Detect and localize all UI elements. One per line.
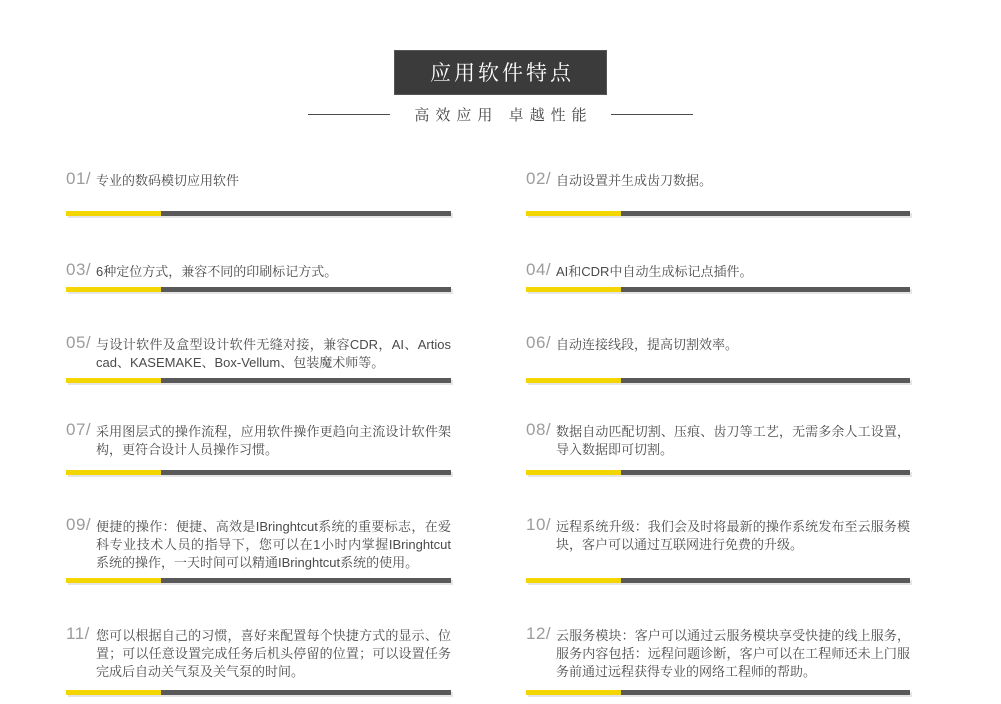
feature-text: 6种定位方式，兼容不同的印刷标记方式。 xyxy=(96,261,451,281)
bar-track-segment xyxy=(161,470,451,475)
feature-text: 自动连接线段，提高切割效率。 xyxy=(556,334,910,354)
feature-number: 08/ xyxy=(526,421,556,439)
feature-text: 采用图层式的操作流程，应用软件操作更趋向主流设计软件架构，更符合设计人员操作习惯… xyxy=(96,421,451,459)
bar-accent-segment xyxy=(526,287,621,292)
feature-underline-bar xyxy=(66,287,451,292)
feature-row: 03/ 6种定位方式，兼容不同的印刷标记方式。 04/ AI和CDR中自动生成标… xyxy=(66,261,1001,292)
divider-line-left xyxy=(308,114,390,115)
bar-accent-segment xyxy=(526,578,621,583)
feature-text: AI和CDR中自动生成标记点插件。 xyxy=(556,261,910,281)
bar-track-segment xyxy=(621,378,910,383)
feature-number: 02/ xyxy=(526,170,556,188)
page-subtitle: 高效应用 卓越性能 xyxy=(414,104,592,125)
feature-row: 07/ 采用图层式的操作流程，应用软件操作更趋向主流设计软件架构，更符合设计人员… xyxy=(66,421,1001,475)
bar-accent-segment xyxy=(526,378,621,383)
feature-underline-bar xyxy=(526,578,910,583)
feature-underline-bar xyxy=(526,287,910,292)
feature-number: 09/ xyxy=(66,516,96,534)
feature-number: 12/ xyxy=(526,625,556,643)
feature-underline-bar xyxy=(66,690,451,695)
bar-track-segment xyxy=(621,287,910,292)
bar-accent-segment xyxy=(66,211,161,216)
bar-track-segment xyxy=(621,211,910,216)
feature-underline-bar xyxy=(526,378,910,383)
feature-row: 11/ 您可以根据自己的习惯，喜好来配置每个快捷方式的显示、位置；可以任意设置完… xyxy=(66,625,1001,695)
feature-number: 03/ xyxy=(66,261,96,279)
feature-text: 自动设置并生成齿刀数据。 xyxy=(556,170,910,190)
feature-item-07: 07/ 采用图层式的操作流程，应用软件操作更趋向主流设计软件架构，更符合设计人员… xyxy=(66,421,451,475)
feature-text: 与设计软件及盒型设计软件无缝对接，兼容CDR，AI、Artios cad、KAS… xyxy=(96,334,451,372)
feature-number: 04/ xyxy=(526,261,556,279)
feature-number: 10/ xyxy=(526,516,556,534)
feature-text: 您可以根据自己的习惯，喜好来配置每个快捷方式的显示、位置；可以任意设置完成任务后… xyxy=(96,625,451,681)
bar-track-segment xyxy=(621,578,910,583)
feature-item-01: 01/ 专业的数码模切应用软件 xyxy=(66,170,451,216)
feature-number: 07/ xyxy=(66,421,96,439)
feature-underline-bar xyxy=(526,690,910,695)
feature-item-06: 06/ 自动连接线段，提高切割效率。 xyxy=(526,334,910,383)
bar-accent-segment xyxy=(66,470,161,475)
bar-track-segment xyxy=(161,378,451,383)
feature-underline-bar xyxy=(66,378,451,383)
feature-item-05: 05/ 与设计软件及盒型设计软件无缝对接，兼容CDR，AI、Artios cad… xyxy=(66,334,451,383)
feature-item-04: 04/ AI和CDR中自动生成标记点插件。 xyxy=(526,261,910,292)
feature-item-11: 11/ 您可以根据自己的习惯，喜好来配置每个快捷方式的显示、位置；可以任意设置完… xyxy=(66,625,451,695)
bar-track-segment xyxy=(161,690,451,695)
feature-underline-bar xyxy=(66,470,451,475)
feature-item-10: 10/ 远程系统升级：我们会及时将最新的操作系统发布至云服务模块，客户可以通过互… xyxy=(526,516,910,583)
page: 应用软件特点 高效应用 卓越性能 01/ 专业的数码模切应用软件 02/ 自动设… xyxy=(0,50,1001,695)
bar-accent-segment xyxy=(526,470,621,475)
feature-text: 专业的数码模切应用软件 xyxy=(96,170,451,190)
bar-accent-segment xyxy=(66,287,161,292)
feature-item-03: 03/ 6种定位方式，兼容不同的印刷标记方式。 xyxy=(66,261,451,292)
page-title: 应用软件特点 xyxy=(394,50,607,95)
bar-track-segment xyxy=(161,578,451,583)
bar-accent-segment xyxy=(66,378,161,383)
feature-grid: 01/ 专业的数码模切应用软件 02/ 自动设置并生成齿刀数据。 xyxy=(0,170,1001,695)
divider-line-right xyxy=(611,114,693,115)
feature-number: 05/ xyxy=(66,334,96,352)
bar-accent-segment xyxy=(66,690,161,695)
feature-item-02: 02/ 自动设置并生成齿刀数据。 xyxy=(526,170,910,216)
feature-underline-bar xyxy=(526,470,910,475)
feature-text: 远程系统升级：我们会及时将最新的操作系统发布至云服务模块，客户可以通过互联网进行… xyxy=(556,516,910,554)
feature-number: 11/ xyxy=(66,625,96,643)
bar-accent-segment xyxy=(526,211,621,216)
feature-number: 06/ xyxy=(526,334,556,352)
bar-track-segment xyxy=(621,470,910,475)
bar-track-segment xyxy=(161,211,451,216)
page-subtitle-row: 高效应用 卓越性能 xyxy=(0,104,1001,125)
feature-item-09: 09/ 便捷的操作：便捷、高效是IBringhtcut系统的重要标志，在爱科专业… xyxy=(66,516,451,583)
bar-accent-segment xyxy=(66,578,161,583)
feature-underline-bar xyxy=(66,578,451,583)
feature-text: 云服务模块：客户可以通过云服务模块享受快捷的线上服务，服务内容包括：远程问题诊断… xyxy=(556,625,910,681)
bar-track-segment xyxy=(161,287,451,292)
feature-row: 01/ 专业的数码模切应用软件 02/ 自动设置并生成齿刀数据。 xyxy=(66,170,1001,216)
feature-text: 数据自动匹配切割、压痕、齿刀等工艺，无需多余人工设置，导入数据即可切割。 xyxy=(556,421,910,459)
bar-track-segment xyxy=(621,690,910,695)
bar-accent-segment xyxy=(526,690,621,695)
feature-row: 09/ 便捷的操作：便捷、高效是IBringhtcut系统的重要标志，在爱科专业… xyxy=(66,516,1001,583)
feature-underline-bar xyxy=(66,211,451,216)
feature-row: 05/ 与设计软件及盒型设计软件无缝对接，兼容CDR，AI、Artios cad… xyxy=(66,334,1001,383)
feature-item-12: 12/ 云服务模块：客户可以通过云服务模块享受快捷的线上服务，服务内容包括：远程… xyxy=(526,625,910,695)
feature-underline-bar xyxy=(526,211,910,216)
feature-item-08: 08/ 数据自动匹配切割、压痕、齿刀等工艺，无需多余人工设置，导入数据即可切割。 xyxy=(526,421,910,475)
feature-text: 便捷的操作：便捷、高效是IBringhtcut系统的重要标志，在爱科专业技术人员… xyxy=(96,516,451,572)
feature-number: 01/ xyxy=(66,170,96,188)
